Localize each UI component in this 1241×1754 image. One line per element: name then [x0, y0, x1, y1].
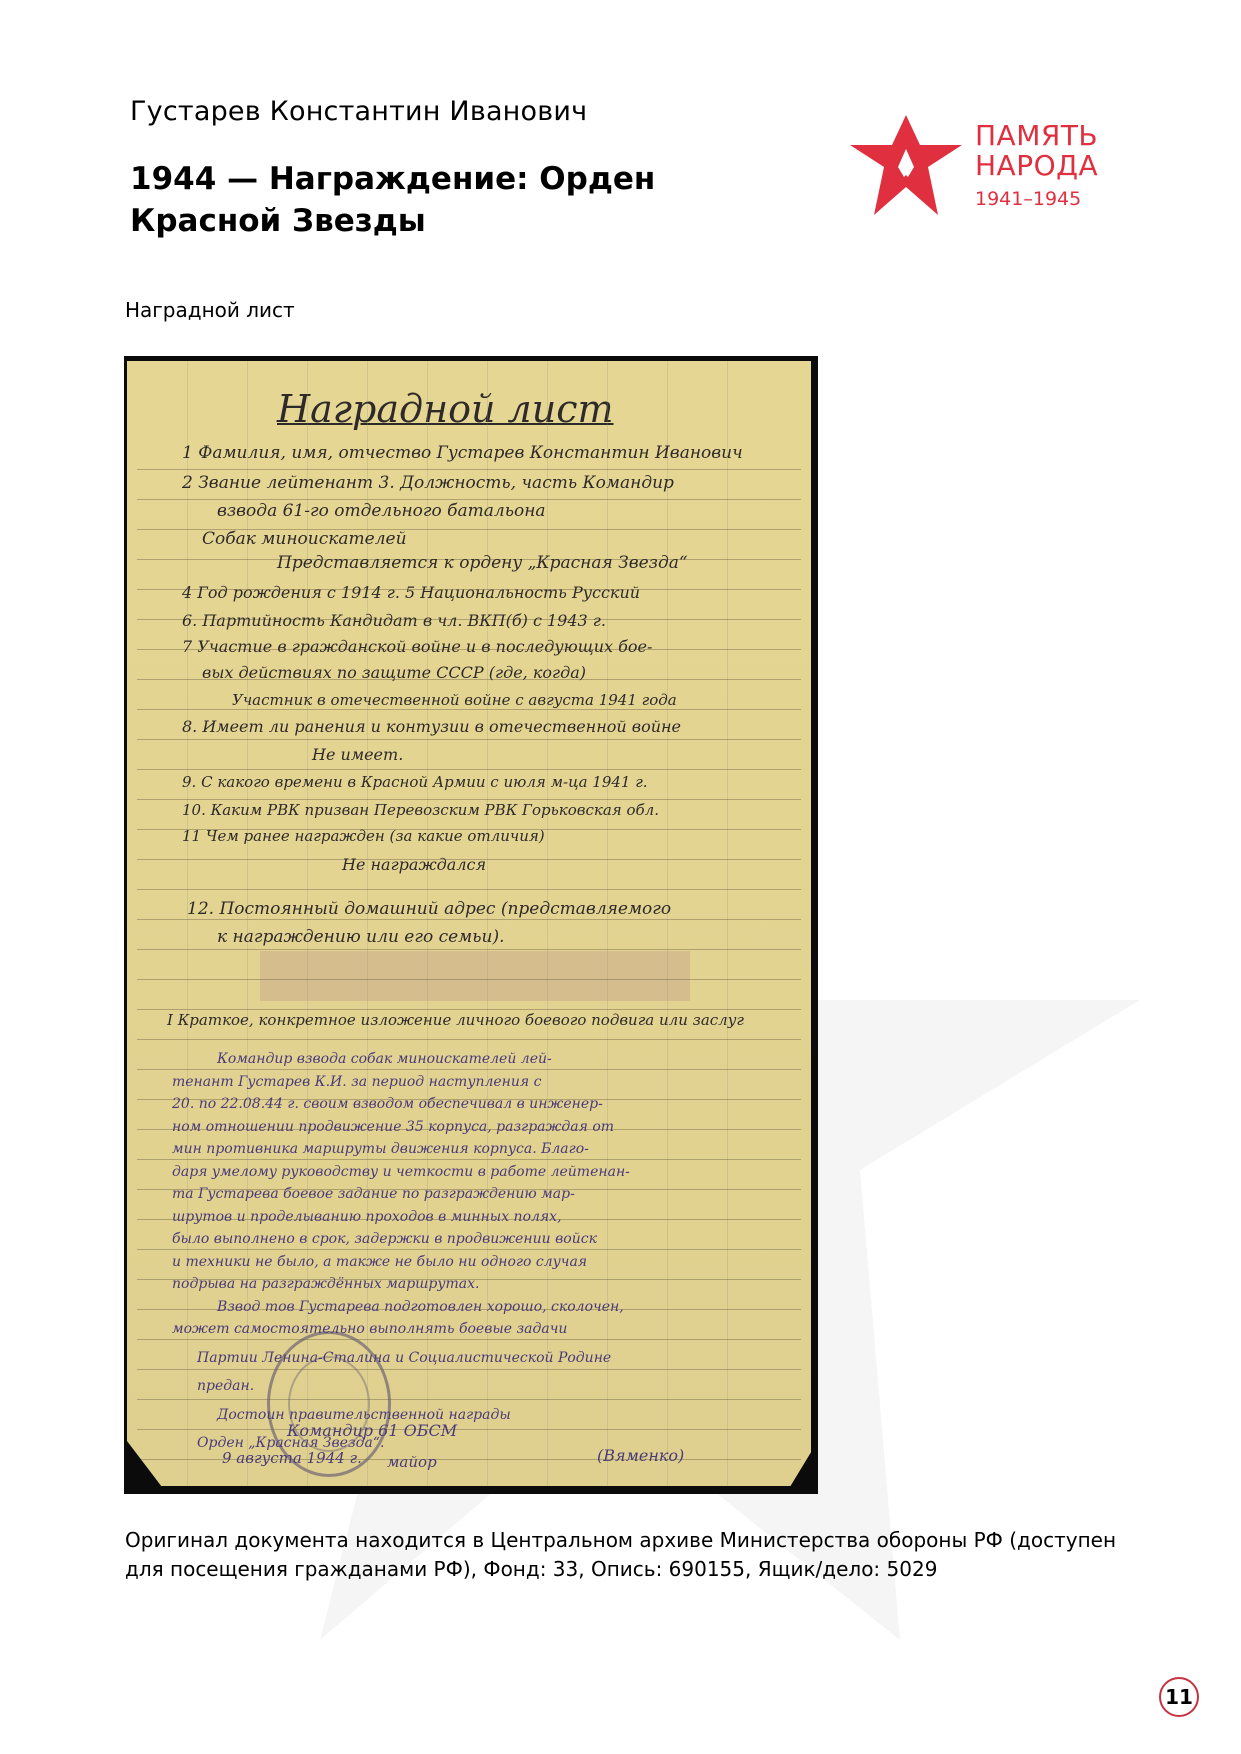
red-star-icon: [850, 115, 962, 215]
handwritten-section-heading: I Краткое, конкретное изложение личного …: [167, 1011, 744, 1029]
handwritten-line: взвода 61-го отдельного батальона: [217, 501, 546, 521]
signature-name: (Вяменко): [597, 1446, 684, 1465]
handwritten-line: 11 Чем ранее награжден (за какие отличия…: [182, 827, 545, 845]
handwritten-narrative-line: та Густарева боевое задание по разгражде…: [172, 1186, 575, 1202]
handwritten-narrative-line: 20. по 22.08.44 г. своим взводом обеспеч…: [172, 1096, 603, 1112]
paper-rule: [137, 709, 801, 710]
award-sheet-paper: Наградной лист 1 Фамилия, имя, отчество …: [127, 361, 811, 1486]
paper-rule: [137, 1399, 801, 1400]
logo-text-line1: ПАМЯТЬ: [975, 121, 1098, 151]
handwritten-heading: Наградной лист: [277, 387, 614, 431]
handwritten-line: 12. Постоянный домашний адрес (представл…: [187, 899, 671, 919]
logo-text-line2: НАРОДА: [975, 151, 1098, 181]
document-label: Наградной лист: [125, 298, 295, 322]
handwritten-line: Участник в отечественной войне с августа…: [232, 691, 677, 709]
handwritten-narrative-line: Взвод тов Густарева подготовлен хорошо, …: [217, 1299, 624, 1315]
handwritten-line: к награждению или его семьи).: [217, 927, 505, 947]
handwritten-narrative-line: даря умелому руководству и четкости в ра…: [172, 1164, 630, 1180]
paper-rule: [137, 979, 801, 980]
paper-rule: [137, 889, 801, 890]
paper-rule: [137, 739, 801, 740]
handwritten-narrative-line: предан.: [197, 1378, 254, 1394]
signature-date: 9 августа 1944 г.: [222, 1449, 362, 1467]
paper-rule: [137, 1339, 801, 1340]
handwritten-line: 4 Год рождения с 1914 г. 5 Национальност…: [182, 583, 640, 602]
handwritten-line: 10. Каким РВК призван Перевозским РВК Го…: [182, 801, 659, 819]
paper-rule: [137, 1039, 801, 1040]
signature-position: Командир 61 ОБСМ: [287, 1421, 457, 1440]
handwritten-narrative-line: Партии Ленина-Сталина и Социалистической…: [197, 1350, 611, 1366]
handwritten-narrative-line: и техники не было, а также не было ни од…: [172, 1254, 587, 1270]
handwritten-narrative-line: мин противника маршруты движения корпуса…: [172, 1141, 589, 1157]
paper-rule: [137, 1369, 801, 1370]
logo-years: 1941–1945: [975, 188, 1081, 210]
handwritten-narrative-line: шрутов и проделыванию проходов в минных …: [172, 1209, 562, 1225]
handwritten-line: 2 Звание лейтенант 3. Должность, часть К…: [182, 473, 674, 493]
handwritten-line: Не награждался: [342, 855, 486, 874]
handwritten-narrative-line: ном отношении продвижение 35 корпуса, ра…: [172, 1119, 614, 1135]
paper-rule: [137, 1249, 801, 1250]
paper-rule: [137, 1429, 801, 1430]
person-name: Густарев Константин Иванович: [130, 96, 587, 127]
handwritten-narrative-line: было выполнено в срок, задержки в продви…: [172, 1231, 597, 1247]
handwritten-narrative-line: подрыва на разграждённых маршрутах.: [172, 1276, 479, 1292]
handwritten-line: Собак миноискателей: [202, 529, 407, 549]
paper-rule: [137, 919, 801, 920]
handwritten-line: 7 Участие в гражданской войне и в послед…: [182, 637, 652, 656]
page-number: 11: [1159, 1677, 1199, 1717]
handwritten-narrative-line: Командир взвода собак миноискателей лей-: [217, 1051, 552, 1067]
archive-caption: Оригинал документа находится в Центральн…: [125, 1526, 1125, 1584]
paper-rule: [137, 769, 801, 770]
redacted-address: [260, 951, 690, 1001]
paper-rule: [137, 799, 801, 800]
signature-rank: майор: [387, 1453, 437, 1471]
pamyat-naroda-logo[interactable]: ПАМЯТЬ НАРОДА 1941–1945: [850, 115, 1140, 225]
handwritten-line: вых действиях по защите СССР (где, когда…: [202, 663, 586, 682]
event-title: 1944 — Награждение: Орден Красной Звезды: [130, 158, 750, 242]
paper-rule: [137, 949, 801, 950]
paper-rule: [137, 1069, 801, 1070]
handwritten-line: Не имеет.: [312, 745, 403, 764]
handwritten-line: 6. Партийность Кандидат в чл. ВКП(б) с 1…: [182, 611, 606, 630]
handwritten-line: Представляется к ордену „Красная Звезда“: [277, 553, 688, 573]
handwritten-narrative-line: может самостоятельно выполнять боевые за…: [172, 1321, 567, 1337]
handwritten-line: 8. Имеет ли ранения и контузии в отечест…: [182, 717, 681, 736]
paper-rule: [137, 1009, 801, 1010]
handwritten-line: 9. С какого времени в Красной Армии с ию…: [182, 773, 648, 791]
handwritten-line: 1 Фамилия, имя, отчество Густарев Конста…: [182, 443, 743, 463]
paper-rule: [137, 499, 801, 500]
paper-rule: [137, 469, 801, 470]
award-sheet-scan: Наградной лист 1 Фамилия, имя, отчество …: [124, 356, 818, 1494]
paper-rule: [137, 1159, 801, 1160]
handwritten-narrative-line: тенант Густарев К.И. за период наступлен…: [172, 1074, 541, 1090]
